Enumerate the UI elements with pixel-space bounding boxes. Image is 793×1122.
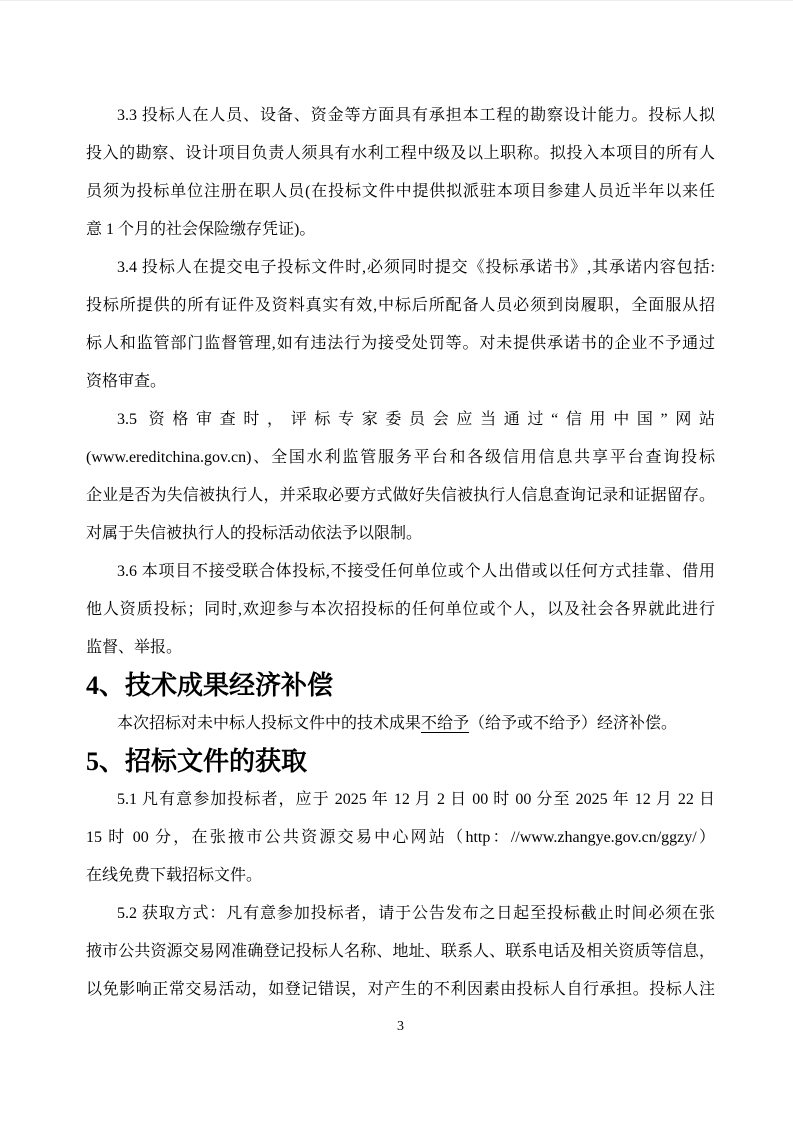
text-line: 3.4 投标人在提交电子投标文件时,必须同时提交《投标承诺书》,其承诺内容包括: [86,249,715,287]
text-line: 5.2 获取方式：凡有意参加投标者，请于公告发布之日起至投标截止时间必须在张 [86,895,715,933]
text-line: 投标所提供的所有证件及资料真实有效,中标后所配备人员必须到岗履职，全面服从招 [86,287,715,325]
paragraph-5-1: 5.1 凡有意参加投标者，应于 2025 年 12 月 2 日 00 时 00 … [86,781,715,895]
paragraph-3-4: 3.4 投标人在提交电子投标文件时,必须同时提交《投标承诺书》,其承诺内容包括:… [86,249,715,401]
section-4-body: 本次招标对未中标人投标文件中的技术成果不给予（给予或不给予）经济补偿。 [86,705,715,743]
paragraph-3-6: 3.6 本项目不接受联合体投标,不接受任何单位或个人出借或以任何方式挂靠、借用 … [86,553,715,667]
text-line: 以免影响正常交易活动，如登记错误，对产生的不利因素由投标人自行承担。投标人注 [86,971,715,1009]
text-line: 资格审查。 [86,363,715,401]
paragraph-3-3: 3.3 投标人在人员、设备、资金等方面具有承担本工程的勘察设计能力。投标人拟 投… [86,97,715,249]
text-line: 意 1 个月的社会保险缴存凭证)。 [86,211,715,249]
section-4-body-prefix: 本次招标对未中标人投标文件中的技术成果 [117,715,421,732]
text-line: 本次招标对未中标人投标文件中的技术成果不给予（给予或不给予）经济补偿。 [86,705,715,743]
text-line: (www.ereditchina.gov.cn)、全国水利监管服务平台和各级信用… [86,439,715,477]
text-line: 投入的勘察、设计项目负责人须具有水利工程中级及以上职称。拟投入本项目的所有人 [86,135,715,173]
section-4-body-suffix: （给予或不给予）经济补偿。 [469,715,677,732]
paragraph-5-2: 5.2 获取方式：凡有意参加投标者，请于公告发布之日起至投标截止时间必须在张 掖… [86,895,715,1009]
text-line: 3.6 本项目不接受联合体投标,不接受任何单位或个人出借或以任何方式挂靠、借用 [86,553,715,591]
text-line: 3.3 投标人在人员、设备、资金等方面具有承担本工程的勘察设计能力。投标人拟 [86,97,715,135]
text-line: 标人和监管部门监督管理,如有违法行为接受处罚等。对未提供承诺书的企业不予通过 [86,325,715,363]
text-line: 3.5 资格审查时，评标专家委员会应当通过“信用中国”网站 [86,401,715,439]
underlined-text: 不给予 [421,715,469,732]
text-line: 监督、举报。 [86,629,715,667]
text-line: 15 时 00 分，在张掖市公共资源交易中心网站（http：//www.zhan… [86,819,715,857]
document-content: 3.3 投标人在人员、设备、资金等方面具有承担本工程的勘察设计能力。投标人拟 投… [0,1,793,1037]
text-line: 员须为投标单位注册在职人员(在投标文件中提供拟派驻本项目参建人员近半年以来任 [86,173,715,211]
document-page: 3.3 投标人在人员、设备、资金等方面具有承担本工程的勘察设计能力。投标人拟 投… [0,0,793,1122]
section-5-heading: 5、招标文件的获取 [86,743,715,781]
text-line: 在线免费下载招标文件。 [86,857,715,895]
section-4-heading: 4、技术成果经济补偿 [86,667,715,705]
text-line: 他人资质投标；同时,欢迎参与本次招投标的任何单位或个人，以及社会各界就此进行 [86,591,715,629]
text-line: 企业是否为失信被执行人，并采取必要方式做好失信被执行人信息查询记录和证据留存。 [86,477,715,515]
text-line: 5.1 凡有意参加投标者，应于 2025 年 12 月 2 日 00 时 00 … [86,781,715,819]
paragraph-3-5: 3.5 资格审查时，评标专家委员会应当通过“信用中国”网站 (www.eredi… [86,401,715,553]
text-line: 掖市公共资源交易网准确登记投标人名称、地址、联系人、联系电话及相关资质等信息， [86,933,715,971]
page-number: 3 [86,1017,715,1037]
text-line: 对属于失信被执行人的投标活动依法予以限制。 [86,515,715,553]
